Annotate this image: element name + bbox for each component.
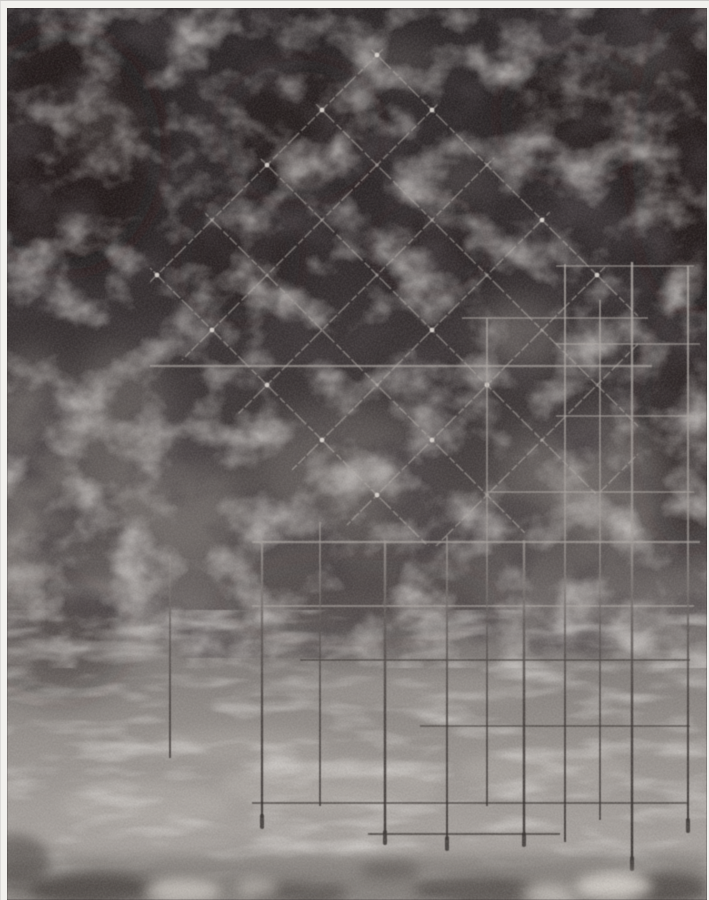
film-grain-overlay [7, 8, 707, 900]
photo-frame [0, 0, 709, 900]
photograph [7, 8, 707, 900]
photo-canvas [7, 8, 707, 900]
